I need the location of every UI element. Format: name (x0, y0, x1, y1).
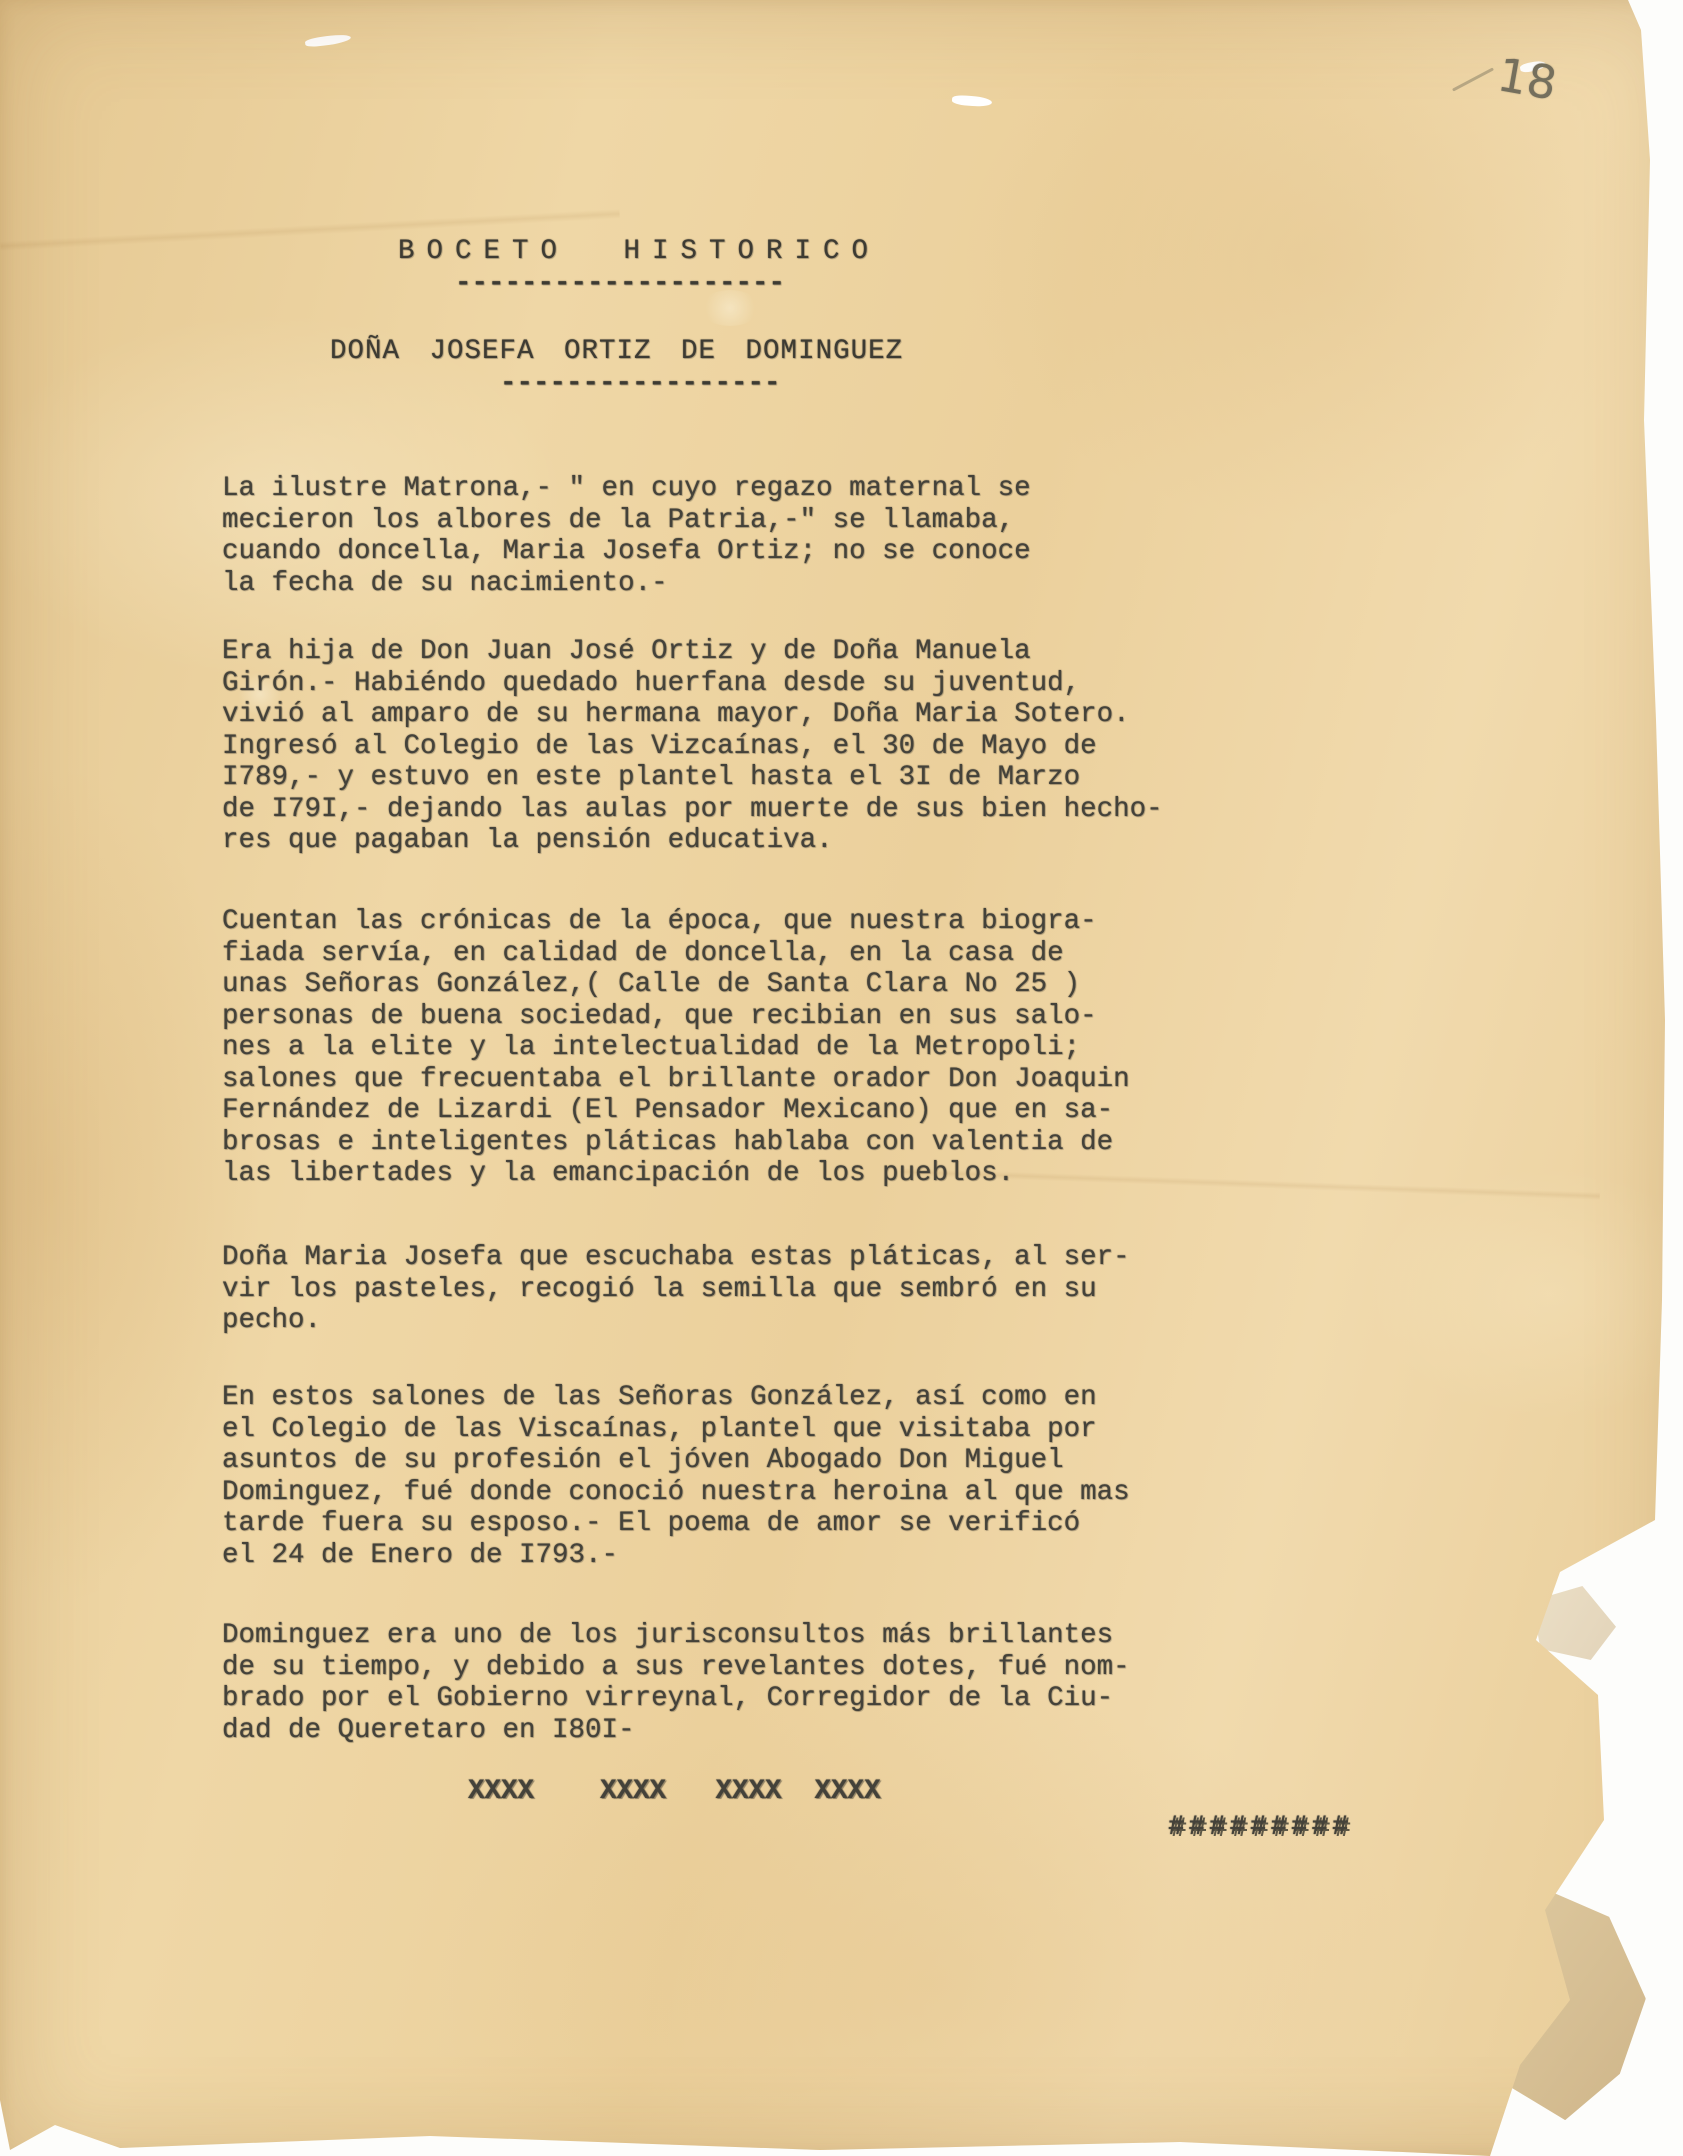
paragraph-2: Era hija de Don Juan José Ortiz y de Doñ… (222, 636, 1163, 857)
pencil-stroke (1452, 67, 1494, 91)
x-marks-row: XXXX XXXX XXXX XXXX (468, 1776, 881, 1808)
paper-speck (305, 33, 352, 48)
paragraph-6: Dominguez era uno de los jurisconsultos … (222, 1620, 1130, 1746)
document-page: 18 BOCETO HISTORICO --------------------… (0, 0, 1683, 2156)
paragraph-5: En estos salones de las Señoras González… (222, 1382, 1130, 1571)
paragraph-4: Doña Maria Josefa que escuchaba estas pl… (222, 1242, 1130, 1337)
title-underline: -------------------- (455, 268, 785, 300)
paragraph-3: Cuentan las crónicas de la época, que nu… (222, 906, 1130, 1190)
handwritten-page-number: 18 (1494, 47, 1561, 110)
subtitle-underline: ----------------- (500, 368, 781, 400)
scan-background: 18 BOCETO HISTORICO --------------------… (0, 0, 1683, 2156)
paper-speck (952, 95, 993, 108)
document-title: BOCETO HISTORICO (398, 236, 880, 268)
document-subtitle: DOÑA JOSEFA ORTIZ DE DOMINGUEZ (330, 336, 903, 368)
paragraph-1: La ilustre Matrona,- " en cuyo regazo ma… (222, 473, 1031, 599)
hash-marks-row: ######### (1168, 1812, 1353, 1844)
